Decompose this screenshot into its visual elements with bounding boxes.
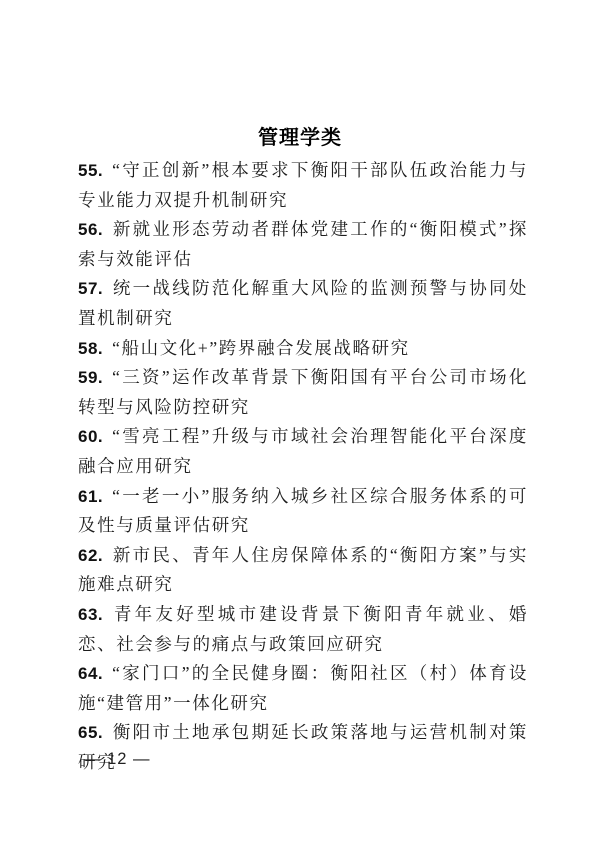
topic-list: 55.“守正创新”根本要求下衡阳干部队伍政治能力与专业能力双提升机制研究56.新… — [78, 156, 528, 777]
topic-item: 60.“雪亮工程”升级与市域社会治理智能化平台深度融合应用研究 — [78, 422, 528, 481]
item-text: “三资”运作改革背景下衡阳国有平台公司市场化转型与风险防控研究 — [78, 367, 528, 417]
item-number: 60. — [78, 427, 103, 446]
topic-item: 64.“家门口”的全民健身圈：衡阳社区（村）体育设施“建管用”一体化研究 — [78, 659, 528, 718]
item-text: 统一战线防范化解重大风险的监测预警与协同处置机制研究 — [78, 278, 528, 328]
item-number: 64. — [78, 664, 103, 683]
item-number: 65. — [78, 723, 103, 742]
item-number: 58. — [78, 339, 103, 358]
page-number: — 12 — — [84, 750, 151, 769]
topic-item: 55.“守正创新”根本要求下衡阳干部队伍政治能力与专业能力双提升机制研究 — [78, 156, 528, 215]
item-text: “船山文化+”跨界融合发展战略研究 — [112, 338, 410, 358]
item-number: 62. — [78, 546, 103, 565]
topic-item: 61.“一老一小”服务纳入城乡社区综合服务体系的可及性与质量评估研究 — [78, 482, 528, 541]
item-text: “守正创新”根本要求下衡阳干部队伍政治能力与专业能力双提升机制研究 — [78, 160, 528, 210]
item-text: “雪亮工程”升级与市域社会治理智能化平台深度融合应用研究 — [78, 426, 528, 476]
document-page: 管理学类 55.“守正创新”根本要求下衡阳干部队伍政治能力与专业能力双提升机制研… — [0, 0, 600, 848]
item-text: 新就业形态劳动者群体党建工作的“衡阳模式”探索与效能评估 — [78, 219, 528, 269]
item-text: 新市民、青年人住房保障体系的“衡阳方案”与实施难点研究 — [78, 545, 528, 595]
item-number: 59. — [78, 368, 103, 387]
item-number: 63. — [78, 605, 103, 624]
item-text: “一老一小”服务纳入城乡社区综合服务体系的可及性与质量评估研究 — [78, 486, 528, 536]
item-number: 56. — [78, 220, 103, 239]
topic-item: 58.“船山文化+”跨界融合发展战略研究 — [78, 334, 528, 364]
item-number: 55. — [78, 161, 103, 180]
item-text: 青年友好型城市建设背景下衡阳青年就业、婚恋、社会参与的痛点与政策回应研究 — [78, 604, 528, 654]
topic-item: 56.新就业形态劳动者群体党建工作的“衡阳模式”探索与效能评估 — [78, 215, 528, 274]
item-number: 57. — [78, 279, 103, 298]
topic-item: 57.统一战线防范化解重大风险的监测预警与协同处置机制研究 — [78, 274, 528, 333]
section-heading: 管理学类 — [0, 121, 600, 150]
item-text: “家门口”的全民健身圈：衡阳社区（村）体育设施“建管用”一体化研究 — [78, 663, 528, 713]
item-number: 61. — [78, 487, 103, 506]
topic-item: 62.新市民、青年人住房保障体系的“衡阳方案”与实施难点研究 — [78, 541, 528, 600]
topic-item: 59.“三资”运作改革背景下衡阳国有平台公司市场化转型与风险防控研究 — [78, 363, 528, 422]
topic-item: 63.青年友好型城市建设背景下衡阳青年就业、婚恋、社会参与的痛点与政策回应研究 — [78, 600, 528, 659]
